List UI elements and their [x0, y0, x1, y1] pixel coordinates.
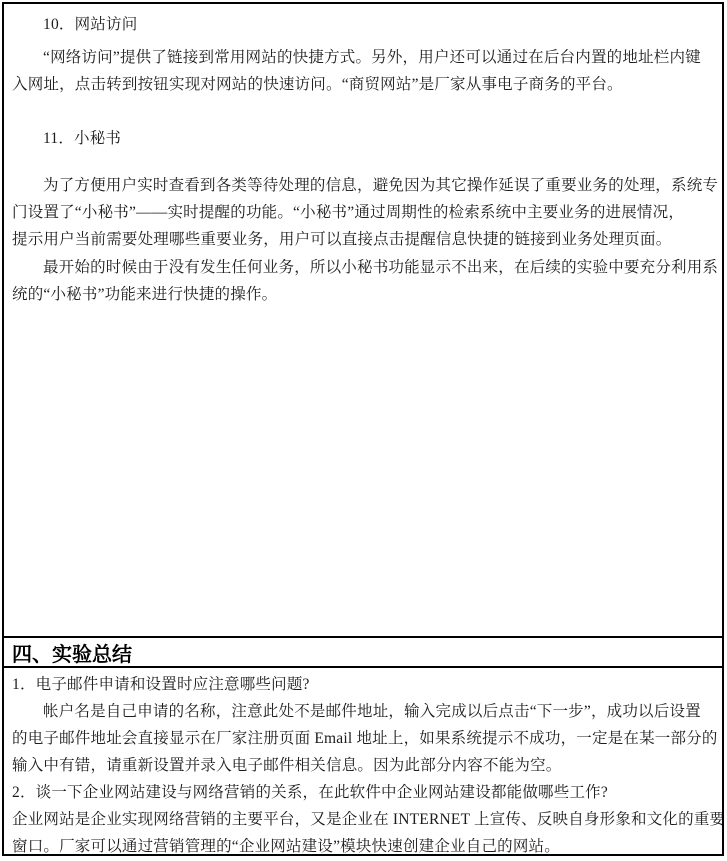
summary-content-cell: 1．电子邮件申请和设置时应注意哪些问题? 帐户名是自己申请的名称，注意此处不是邮…	[4, 668, 722, 854]
section-10-paragraph: “网络访问”提供了链接到常用网站的快捷方式。另外，用户还可以通过在后台内置的地址…	[12, 44, 714, 98]
text-line: 门设置了“小秘书”——实时提醒的功能。“小秘书”通过周期性的检索系统中主要业务的…	[12, 199, 714, 226]
answer-2-line: 企业网站是企业实现网络营销的主要平台，又是企业在 INTERNET 上宣传、反映…	[12, 806, 714, 833]
section-11-paragraph-1: 为了方便用户实时查看到各类等待处理的信息，避免因为其它操作延误了重要业务的处理，…	[12, 172, 714, 253]
summary-title-row: 四、实验总结	[4, 636, 722, 668]
text-line: 最开始的时候由于没有发生任何业务，所以小秘书功能显示不出来，在后续的实验中要充分…	[12, 254, 714, 281]
section-11-heading: 11．小秘书	[12, 125, 714, 152]
question-2: 2．谈一下企业网站建设与网络营销的关系，在此软件中企业网站建设都能做哪些工作?	[12, 779, 714, 806]
text-line: 为了方便用户实时查看到各类等待处理的信息，避免因为其它操作延误了重要业务的处理，…	[12, 172, 714, 199]
summary-title: 四、实验总结	[12, 638, 132, 667]
answer-2-line: 窗口。厂家可以通过营销管理的“企业网站建设”模块快速创建企业自己的网站。	[12, 833, 714, 854]
section-11-paragraph-2: 最开始的时候由于没有发生任何业务，所以小秘书功能显示不出来，在后续的实验中要充分…	[12, 254, 714, 308]
sections-body-cell: 10．网站访问 “网络访问”提供了链接到常用网站的快捷方式。另外，用户还可以通过…	[4, 4, 722, 636]
text-line: 统的“小秘书”功能来进行快捷的操作。	[12, 281, 714, 308]
answer-1-line: 的电子邮件地址会直接显示在厂家注册页面 Email 地址上，如果系统提示不成功，…	[12, 725, 714, 752]
question-1: 1．电子邮件申请和设置时应注意哪些问题?	[12, 671, 714, 698]
text-line: 提示用户当前需要处理哪些重要业务，用户可以直接点击提醒信息快捷的链接到业务处理页…	[12, 226, 714, 253]
text-line: 入网址，点击转到按钮实现对网站的快速访问。“商贸网站”是厂家从事电子商务的平台。	[12, 71, 714, 98]
answer-1-line: 帐户名是自己申请的名称，注意此处不是邮件地址，输入完成以后点击“下一步”，成功以…	[12, 698, 714, 725]
text-line: “网络访问”提供了链接到常用网站的快捷方式。另外，用户还可以通过在后台内置的地址…	[12, 44, 714, 71]
report-table: 10．网站访问 “网络访问”提供了链接到常用网站的快捷方式。另外，用户还可以通过…	[2, 2, 724, 856]
section-10-heading: 10．网站访问	[12, 11, 714, 38]
answer-1-line: 输入中有错，请重新设置并录入电子邮件相关信息。因为此部分内容不能为空。	[12, 752, 714, 779]
